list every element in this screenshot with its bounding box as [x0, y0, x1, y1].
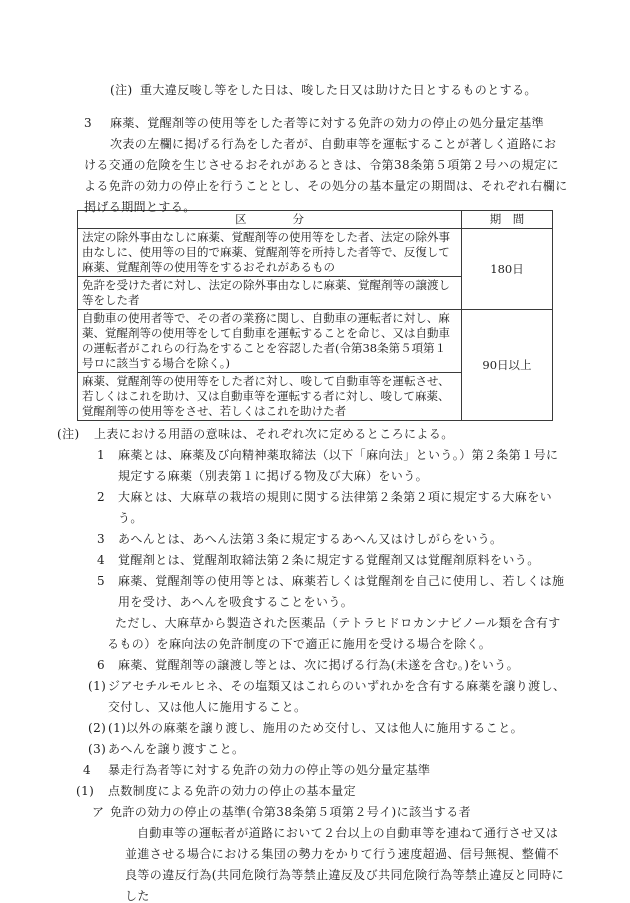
definition-text: 麻薬、覚醒剤等の使用等とは、麻薬若しくは覚醒剤を自己に使用し、若しくは施用を受け…	[118, 571, 568, 655]
definition-number: 3	[97, 529, 118, 550]
definition-number: 1	[97, 445, 118, 466]
definition-text: あへんとは、あへん法第３条に規定するあへん又はけしがらをいう。	[118, 529, 568, 550]
section-4-title: 暴走行為者等に対する免許の効力の停止等の処分量定基準	[108, 760, 430, 781]
definition-text: 覚醒剤とは、覚醒剤取締法第２条に規定する覚醒剤又は覚醒剤原料をいう。	[118, 550, 568, 571]
definition-item-3: 3 あへんとは、あへん法第３条に規定するあへん又はけしがらをいう。	[97, 529, 630, 550]
definition-item-5: 5 麻薬、覚醒剤等の使用等とは、麻薬若しくは覚醒剤を自己に使用し、若しくは施用を…	[97, 571, 630, 655]
definition-number: 5	[97, 571, 118, 592]
item-number: ア	[92, 802, 110, 823]
category-cell: 自動車の使用者等で、その者の業務に関し、自動車の運転者に対し、麻薬、覚醒剤等の使…	[78, 310, 462, 373]
item-text: (1)以外の麻薬を譲り渡し、施用のため交付し、又は他人に施用すること。	[108, 718, 568, 739]
item-number: (1)	[76, 781, 108, 802]
item-number: (3)	[88, 739, 108, 760]
table-row: 法定の除外事由なしに麻薬、覚醒剤等の使用等をした者、法定の除外事由なしに、使用等…	[78, 229, 553, 277]
item-number: (2)	[88, 718, 108, 739]
definition-item-4: 4 覚醒剤とは、覚醒剤取締法第２条に規定する覚醒剤又は覚醒剤原料をいう。	[97, 550, 630, 571]
item-text: 免許の効力の停止の基準(令第38条第５項第２号イ)に該当する者	[110, 802, 471, 823]
item-text: あへんを譲り渡すこと。	[108, 739, 568, 760]
definition-item-1: 1 麻薬とは、麻薬及び向精神薬取締法（以下「麻向法」という。）第２条第１号に規定…	[97, 445, 630, 487]
definition-item-2: 2 大麻とは、大麻草の栽培の規則に関する法律第２条第２項に規定する大麻をいう。	[97, 487, 630, 529]
section-4-item-1: (1) 点数制度による免許の効力の停止の基本量定	[76, 781, 630, 802]
item-number: (1)	[88, 676, 108, 697]
category-cell: 法定の除外事由なしに麻薬、覚醒剤等の使用等をした者、法定の除外事由なしに、使用等…	[78, 229, 462, 277]
proviso-paragraph: ただし、大麻草から製造された医薬品（テトラヒドロカンナビノール類を含有するもの）…	[107, 613, 568, 655]
transfer-item-1: (1) ジアセチルモルヒネ、その塩類又はこれらのいずれかを含有する麻薬を譲り渡し…	[88, 676, 630, 718]
section-4-number: 4	[83, 760, 108, 781]
section-4-body-paragraph: 自動車等の運転者が道路において２台以上の自動車等を連ねて通行させ又は並進させる場…	[125, 823, 568, 903]
table-note: (注) 上表における用語の意味は、それぞれ次に定めるところによる。	[57, 424, 630, 445]
note-text: 重大違反唆し等をした日は、唆した日又は助けた日とするものとする。	[140, 80, 537, 101]
category-cell: 免許を受けた者に対し、法定の除外事由なしに麻薬、覚醒剤等の譲渡し等をした者	[78, 277, 462, 310]
section-3-heading: 3 麻薬、覚醒剤等の使用等をした者等に対する免許の効力の停止の処分量定基準	[84, 113, 630, 134]
definition-number: 4	[97, 550, 118, 571]
section-4-item-a: ア 免許の効力の停止の基準(令第38条第５項第２号イ)に該当する者	[92, 802, 630, 823]
table-row: 自動車の使用者等で、その者の業務に関し、自動車の運転者に対し、麻薬、覚醒剤等の使…	[78, 310, 553, 373]
definition-text: 麻薬、覚醒剤等の譲渡し等とは、次に掲げる行為(未遂を含む。)をいう。	[118, 655, 568, 676]
section-3-intro-paragraph: 次表の左欄に掲げる行為をした者が、自動車等を運転することが著しく道路における交通…	[84, 134, 568, 218]
period-cell: 180日	[462, 229, 553, 310]
note-label: (注)	[57, 424, 94, 445]
note-label: (注)	[110, 80, 140, 101]
category-cell: 麻薬、覚醒剤等の使用等をした者に対し、唆して自動車等を運転させ、若しくはこれを助…	[78, 373, 462, 421]
definition-number: 6	[97, 655, 118, 676]
transfer-item-2: (2) (1)以外の麻薬を譲り渡し、施用のため交付し、又は他人に施用すること。	[88, 718, 630, 739]
definition-number: 2	[97, 487, 118, 508]
document-page: (注) 重大違反唆し等をした日は、唆した日又は助けた日とするものとする。 3 麻…	[0, 0, 630, 903]
section-3-title: 麻薬、覚醒剤等の使用等をした者等に対する免許の効力の停止の処分量定基準	[110, 113, 544, 134]
definition-item-6: 6 麻薬、覚醒剤等の譲渡し等とは、次に掲げる行為(未遂を含む。)をいう。	[97, 655, 630, 676]
section-4-heading: 4 暴走行為者等に対する免許の効力の停止等の処分量定基準	[83, 760, 630, 781]
punishment-period-table: 区 分 期 間 法定の除外事由なしに麻薬、覚醒剤等の使用等をした者、法定の除外事…	[77, 210, 553, 421]
table-header-period: 期 間	[462, 211, 553, 229]
definition-text-main: 麻薬、覚醒剤等の使用等とは、麻薬若しくは覚醒剤を自己に使用し、若しくは施用を受け…	[118, 574, 564, 609]
period-cell: 90日以上	[462, 310, 553, 421]
item-text: 点数制度による免許の効力の停止の基本量定	[108, 781, 356, 802]
transfer-item-3: (3) あへんを譲り渡すこと。	[88, 739, 630, 760]
note-text: 上表における用語の意味は、それぞれ次に定めるところによる。	[94, 424, 454, 445]
top-note: (注) 重大違反唆し等をした日は、唆した日又は助けた日とするものとする。	[110, 80, 630, 101]
definition-text: 麻薬とは、麻薬及び向精神薬取締法（以下「麻向法」という。）第２条第１号に規定する…	[118, 445, 568, 487]
definition-text: 大麻とは、大麻草の栽培の規則に関する法律第２条第２項に規定する大麻をいう。	[118, 487, 568, 529]
section-3-number: 3	[84, 113, 110, 134]
item-text: ジアセチルモルヒネ、その塩類又はこれらのいずれかを含有する麻薬を譲り渡し、交付し…	[108, 676, 568, 718]
